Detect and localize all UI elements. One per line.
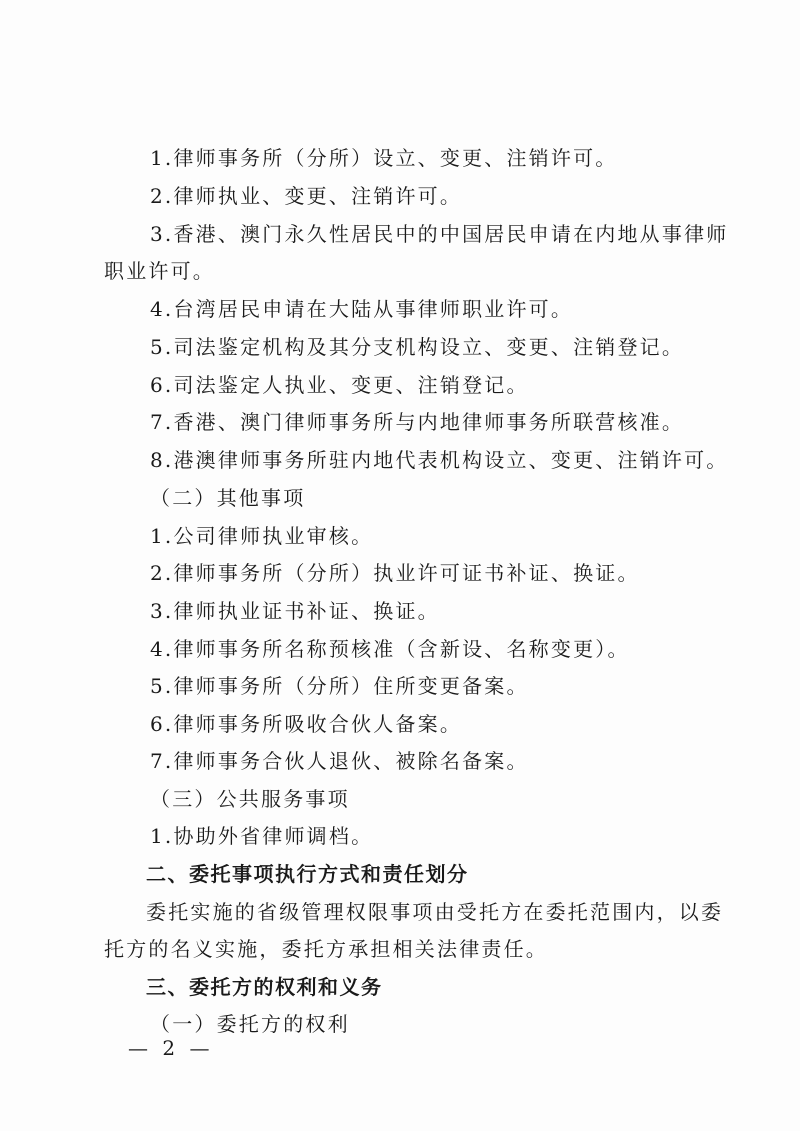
list-item: 7.律师事务合伙人退伙、被除名备案。	[150, 749, 529, 773]
list-item: 1.律师事务所（分所）设立、变更、注销许可。	[150, 146, 617, 170]
section-heading: 三、委托方的权利和义务	[146, 975, 383, 999]
list-item: 4.律师事务所名称预核准（含新设、名称变更）。	[150, 637, 630, 661]
list-item: 4.台湾居民申请在大陆从事律师职业许可。	[150, 297, 573, 321]
list-item: 3.律师执业证书补证、换证。	[150, 599, 440, 623]
list-item: 5.司法鉴定机构及其分支机构设立、变更、注销登记。	[150, 335, 684, 359]
list-item: 1.协助外省律师调档。	[150, 824, 373, 848]
list-item: 3.香港、澳门永久性居民中的中国居民申请在内地从事律师	[150, 222, 728, 246]
list-item: 8.港澳律师事务所驻内地代表机构设立、变更、注销许可。	[150, 448, 728, 472]
list-item: 1.公司律师执业审核。	[150, 524, 373, 548]
paragraph-line: 委托实施的省级管理权限事项由受托方在委托范围内，以委	[146, 900, 723, 924]
list-item: 2.律师事务所（分所）执业许可证书补证、换证。	[150, 561, 640, 585]
list-item-continuation: 职业许可。	[104, 259, 215, 283]
paragraph-line: 托方的名义实施，委托方承担相关法律责任。	[104, 937, 548, 961]
list-item: 7.香港、澳门律师事务所与内地律师事务所联营核准。	[150, 410, 684, 434]
list-item: 6.司法鉴定人执业、变更、注销登记。	[150, 373, 529, 397]
subsection-heading: （一）委托方的权利	[150, 1012, 350, 1036]
subsection-heading: （三）公共服务事项	[150, 787, 350, 811]
list-item: 2.律师执业、变更、注销许可。	[150, 184, 462, 208]
document-page: 1.律师事务所（分所）设立、变更、注销许可。 2.律师执业、变更、注销许可。 3…	[0, 0, 800, 1131]
section-heading: 二、委托事项执行方式和责任划分	[146, 862, 469, 886]
page-number: — 2 —	[128, 1036, 213, 1060]
list-item: 5.律师事务所（分所）住所变更备案。	[150, 674, 529, 698]
list-item: 6.律师事务所吸收合伙人备案。	[150, 712, 462, 736]
subsection-heading: （二）其他事项	[150, 486, 305, 510]
